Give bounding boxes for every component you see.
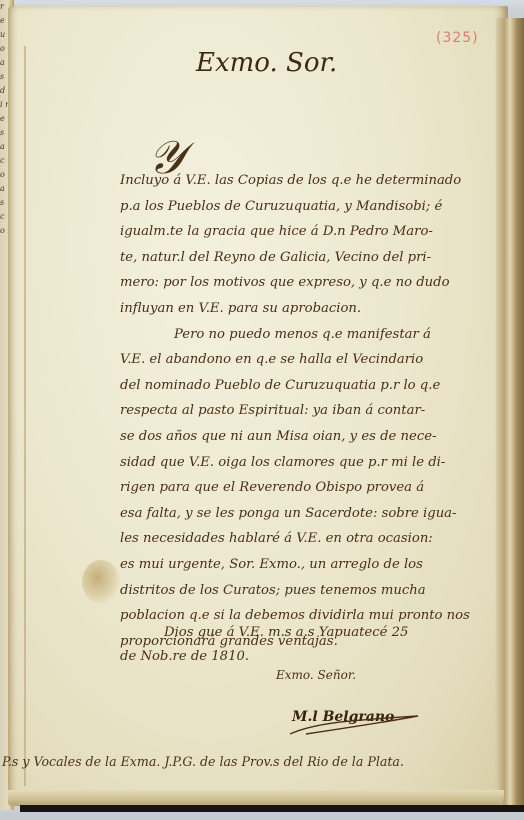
closing-line: Dios gue á V.E. m.s a.s Yapuatecé 25 xyxy=(120,621,496,645)
body-line: es mui urgente, Sor. Exmo., un arreglo d… xyxy=(120,552,496,578)
letter-heading: Exmo. Sor. xyxy=(196,48,337,78)
binding-gutter-line xyxy=(24,46,26,786)
closing-date-block: Dios gue á V.E. m.s a.s Yapuatecé 25 de … xyxy=(120,621,496,669)
book-edge-right xyxy=(496,18,524,808)
body-line: rigen para que el Reverendo Obispo prove… xyxy=(120,475,496,501)
body-line: igualm.te la gracia que hice á D.n Pedro… xyxy=(120,219,496,245)
body-line: V.E. el abandono en q.e se halla el Veci… xyxy=(120,347,496,373)
body-line: respecta al pasto Espiritual: ya iban á … xyxy=(120,398,496,424)
body-line: les necesidades hablaré á V.E. en otra o… xyxy=(120,526,496,552)
body-line: sidad que V.E. oiga los clamores que p.r… xyxy=(120,450,496,476)
letter-body: Incluyo á V.E. las Copias de los q.e he … xyxy=(120,168,496,654)
folio-number: (325) xyxy=(436,30,479,46)
body-line: influyan en V.E. para su aprobacion. xyxy=(120,296,496,322)
body-line: se dos años que ni aun Misa oian, y es d… xyxy=(120,424,496,450)
body-line: distritos de los Curatos; pues tenemos m… xyxy=(120,578,496,604)
body-line: mero: por los motivos que expreso, y q.e… xyxy=(120,270,496,296)
body-line: del nominado Pueblo de Curuzuquatia p.r … xyxy=(120,373,496,399)
body-line: p.a los Pueblos de Curuzuquatia, y Mandi… xyxy=(120,194,496,220)
body-line: esa falta, y se les ponga un Sacerdote: … xyxy=(120,501,496,527)
page-bottom-edge xyxy=(8,790,504,806)
addressee-line: P.s y Vocales de la Exma. J.P.G. de las … xyxy=(2,754,404,769)
date-line: de Nob.re de 1810. xyxy=(120,645,496,669)
courtesy-formula: Exmo. Señor. xyxy=(276,668,356,682)
body-line: Incluyo á V.E. las Copias de los q.e he … xyxy=(120,168,496,194)
signature-flourish-icon xyxy=(286,712,422,738)
body-line-paragraph-start: Pero no puedo menos q.e manifestar á xyxy=(120,322,496,348)
paper-stain xyxy=(82,560,120,604)
scan-background-bottom xyxy=(0,812,524,820)
body-line: te, natur.l del Reyno de Galicia, Vecino… xyxy=(120,245,496,271)
